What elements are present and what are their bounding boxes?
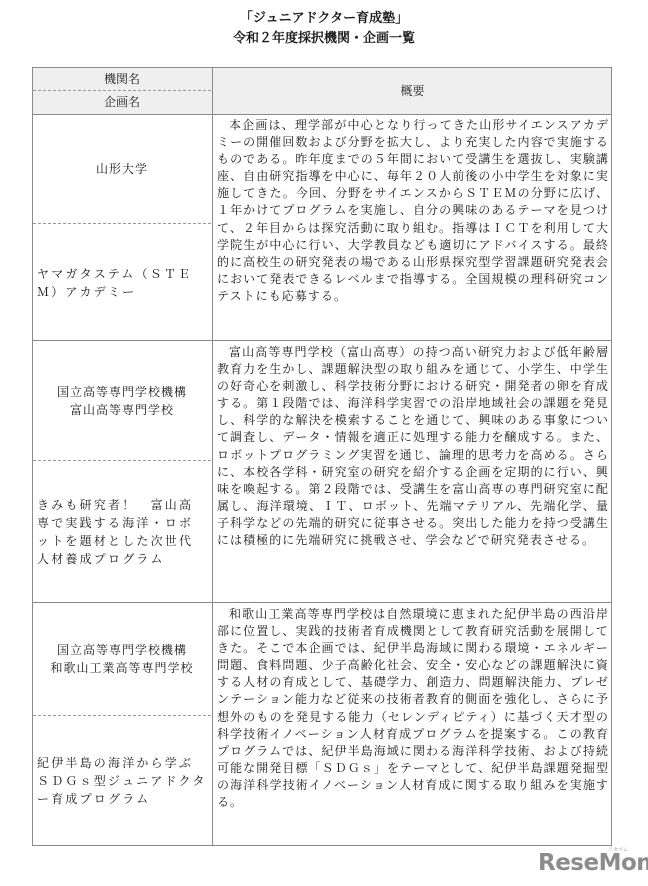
org-name-cell: 国立高等専門学校機構 富山高等専門学校	[33, 341, 211, 460]
resemom-logo: ReseMom リセマム	[538, 850, 648, 876]
org-name-line: 国立高等専門学校機構	[57, 383, 187, 401]
program-name-cell: 紀伊半島の海洋から学ぶＳＤＧｓ型ジュニアドクター育成プログラム	[33, 716, 211, 845]
logo-subtext: リセマム	[608, 846, 628, 853]
org-name-line: 和歌山工業高等専門学校	[50, 659, 193, 677]
table-header: 機関名 企画名 概要	[33, 68, 611, 115]
document-subtitle: 令和２年度採択機関・企画一覧	[0, 30, 648, 48]
org-name-line: 国立高等専門学校機構	[57, 641, 187, 659]
org-name-cell: 山形大学	[33, 114, 211, 223]
document-title: 「ジュニアドクター育成塾」	[0, 10, 648, 28]
table-row: 国立高等専門学校機構 富山高等専門学校 きみも研究者！ 富山高専で実践する海洋・…	[33, 341, 611, 603]
table-row: 山形大学 ヤマガタステム（ＳＴＥＭ）アカデミー 本企画は、理学部が中心となり行っ…	[33, 114, 611, 341]
org-name-cell: 国立高等専門学校機構 和歌山工業高等専門学校	[33, 603, 211, 715]
header-org-name: 機関名	[33, 68, 211, 91]
summary-cell: 本企画は、理学部が中心となり行ってきた山形サイエンスアカデミーの開催回数および分…	[212, 114, 611, 340]
table-row: 国立高等専門学校機構 和歌山工業高等専門学校 紀伊半島の海洋から学ぶＳＤＧｓ型ジ…	[33, 603, 611, 845]
logo-text: ReseMom	[538, 850, 648, 876]
org-name-line: 富山高等専門学校	[70, 401, 174, 419]
summary-cell: 富山高等専門学校（富山高専）の持つ高い研究力および低年齢層教育力を生かし、課題解…	[212, 341, 611, 602]
program-name-cell: きみも研究者！ 富山高専で実践する海洋・ロボットを題材とした次世代人材養成プログ…	[33, 461, 211, 603]
program-name-cell: ヤマガタステム（ＳＴＥＭ）アカデミー	[33, 224, 211, 341]
adoption-table: 機関名 企画名 概要 山形大学 ヤマガタステム（ＳＴＥＭ）アカデミー 本企画は、…	[32, 67, 612, 846]
header-program-name: 企画名	[33, 91, 211, 113]
header-summary: 概要	[212, 68, 612, 114]
summary-cell: 和歌山工業高等専門学校は自然環境に恵まれた紀伊半島の西沿岸部に位置し、実践的技術…	[212, 603, 611, 845]
